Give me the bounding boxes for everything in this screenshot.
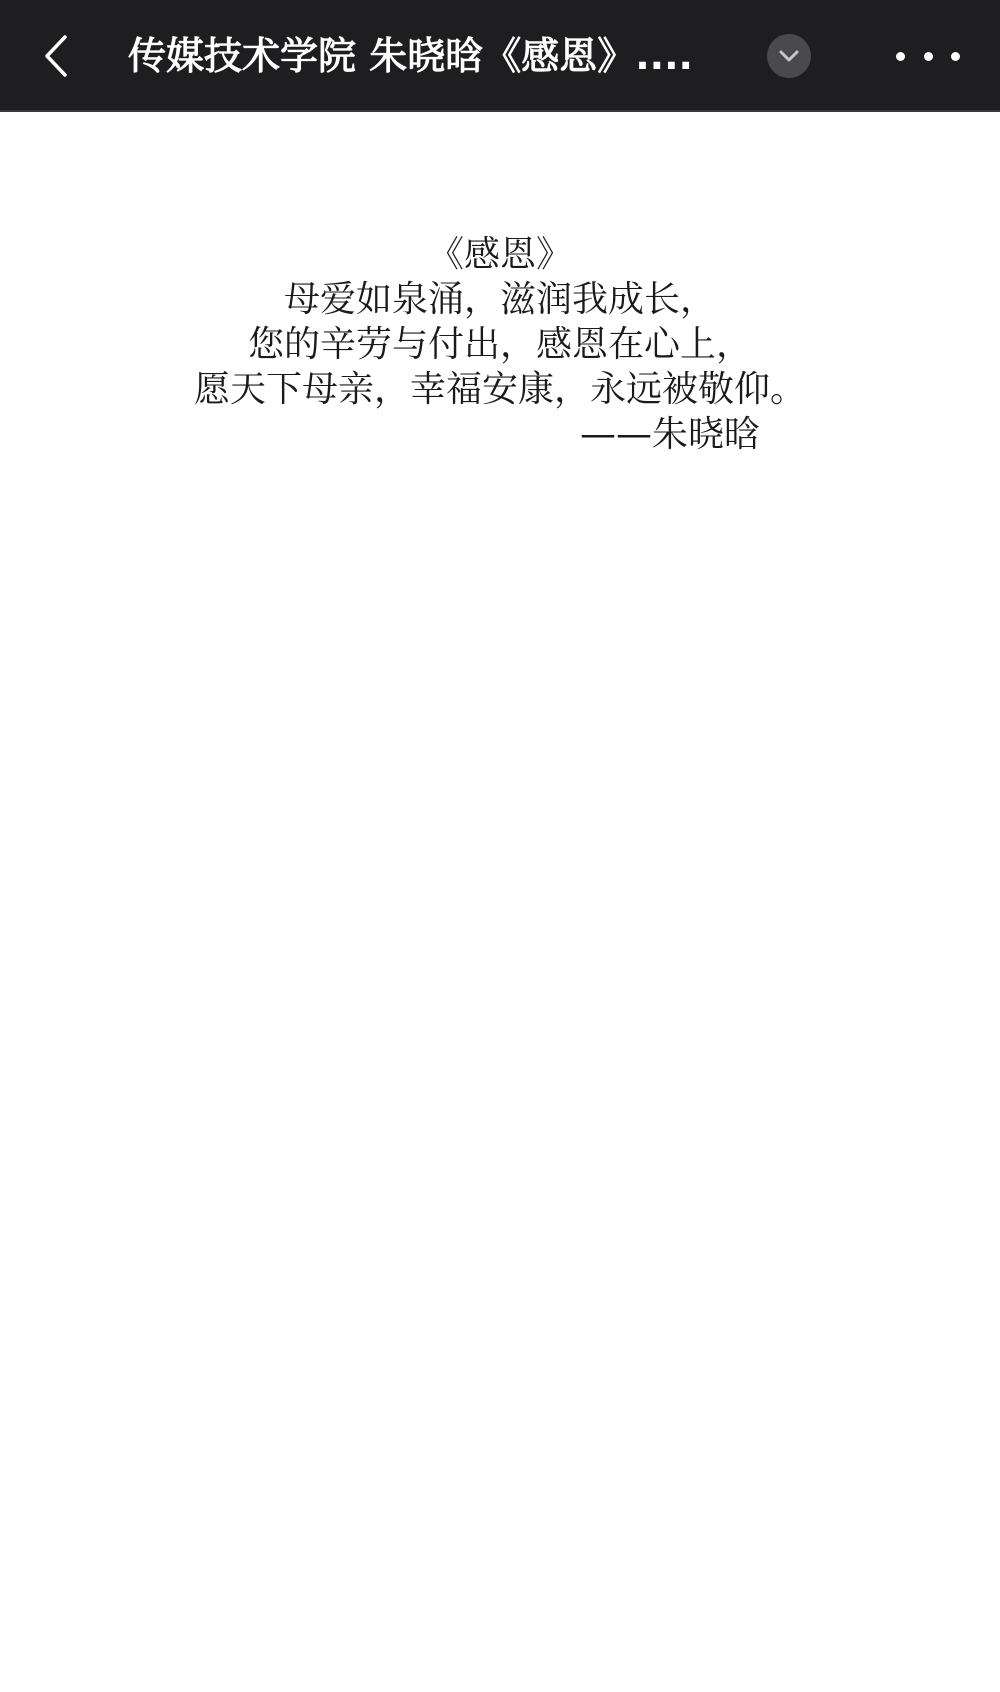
poem-title: 《感恩》 xyxy=(0,232,1000,277)
poem-line: 愿天下母亲，幸福安康，永远被敬仰。 xyxy=(0,367,1000,412)
more-horizontal-icon-dot xyxy=(896,52,905,61)
more-horizontal-icon-dot xyxy=(951,52,960,61)
poem-line: 您的辛劳与付出，感恩在心上， xyxy=(0,322,1000,367)
chevron-down-icon xyxy=(778,49,800,63)
more-options-button[interactable] xyxy=(896,36,960,76)
expand-title-button[interactable] xyxy=(767,34,811,78)
poem-line: 母爱如泉涌，滋润我成长， xyxy=(0,277,1000,322)
poem: 《感恩》 母爱如泉涌，滋润我成长， 您的辛劳与付出，感恩在心上， 愿天下母亲，幸… xyxy=(0,232,1000,457)
page-title: 传媒技术学院 朱晓晗《感恩》.... xyxy=(128,30,728,82)
article-content: 《感恩》 母爱如泉涌，滋润我成长， 您的辛劳与付出，感恩在心上， 愿天下母亲，幸… xyxy=(0,112,1000,1692)
poem-signature: ——朱晓晗 xyxy=(0,412,1000,457)
more-horizontal-icon-dot xyxy=(924,52,933,61)
back-button[interactable] xyxy=(34,28,78,84)
chevron-left-icon xyxy=(41,33,71,79)
top-navigation-bar: 传媒技术学院 朱晓晗《感恩》.... xyxy=(0,0,1000,112)
